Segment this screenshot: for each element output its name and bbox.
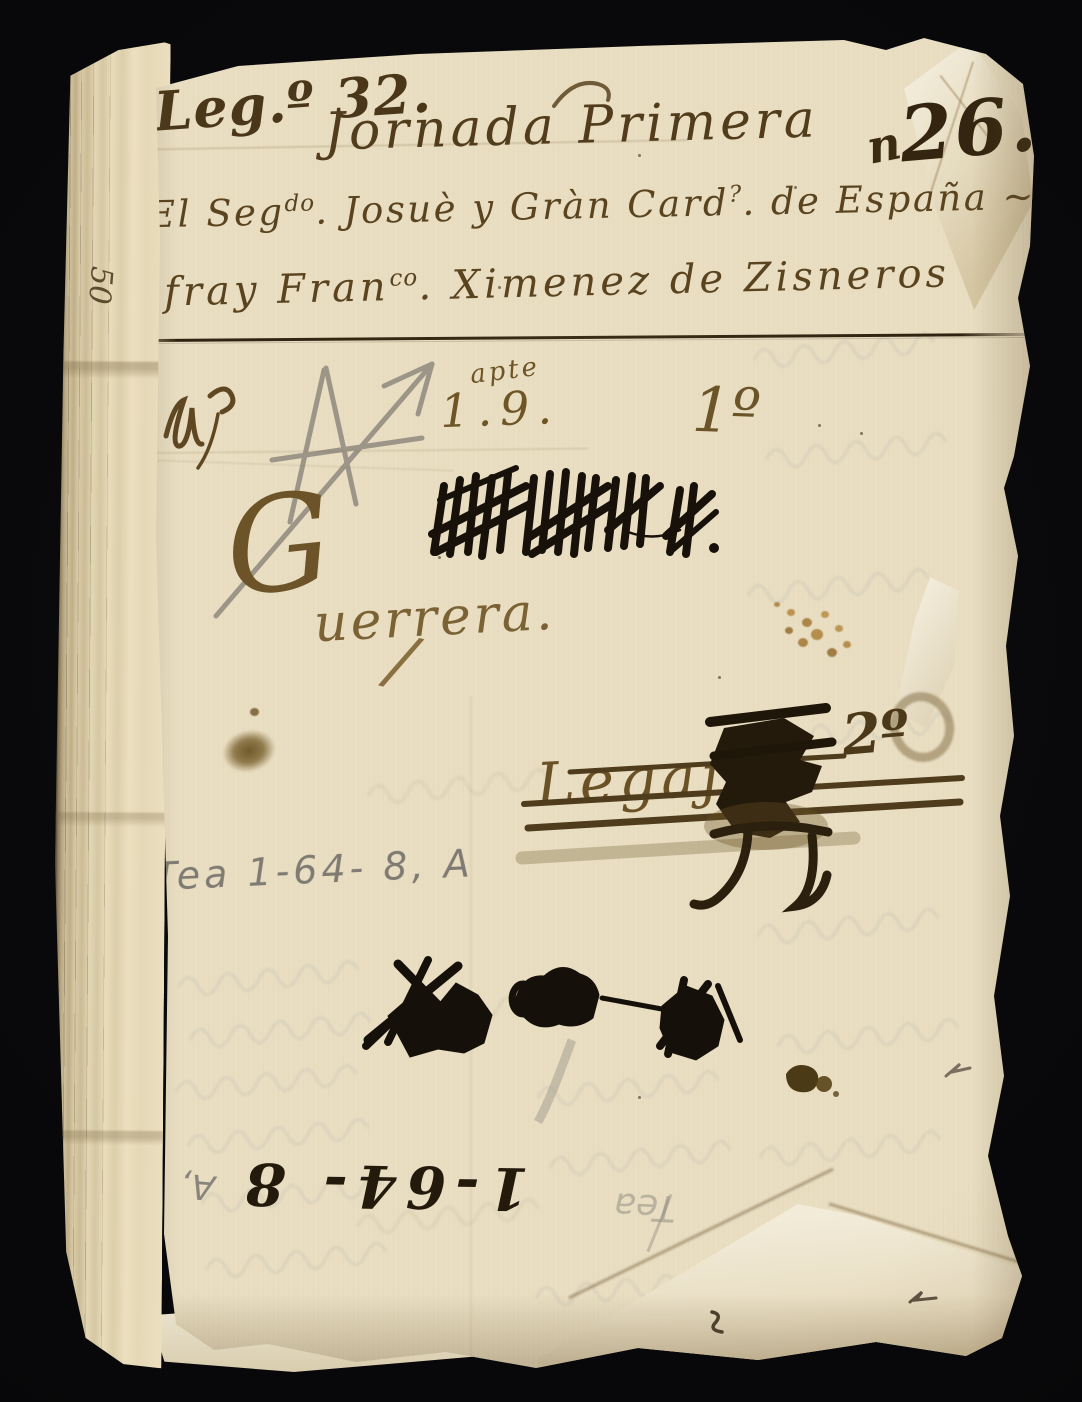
ink-blots [366, 944, 756, 1134]
paper-speck [818, 424, 821, 427]
edge-mark [706, 1308, 726, 1336]
archive-number-value: 26. [896, 79, 1041, 180]
rust-speckle-stain [774, 602, 780, 607]
cancelled-tally-marks [430, 456, 720, 566]
small-ink-blot [780, 1056, 844, 1104]
signature-name: uerrera. [313, 582, 557, 655]
inverted-pencil-a: A, [178, 1165, 216, 1208]
pencil-smudge [538, 1040, 572, 1122]
booklet-spine-edges: 50 [51, 42, 170, 1369]
legajo-cancellation-marks [514, 676, 1074, 936]
paper-speck [860, 432, 863, 435]
first-numeral: 1º [691, 373, 762, 448]
edge-mark [944, 1060, 974, 1082]
paper-speck [638, 154, 641, 157]
title-flourish [548, 70, 618, 112]
spine-mark: 50 [81, 265, 119, 306]
manuscript-photo: 50 [0, 0, 1082, 1402]
manuscript-cover-page: Leg.º 32. Jornada Primera n 26. El Segdo… [118, 36, 1042, 1374]
inverted-ink-reference: 1-64- 8 [235, 1149, 529, 1222]
part-number: 1.9. [439, 380, 561, 438]
ink-stain-dot [250, 708, 259, 716]
edge-mark [906, 1288, 940, 1308]
archive-number: n 26. [862, 79, 1041, 183]
